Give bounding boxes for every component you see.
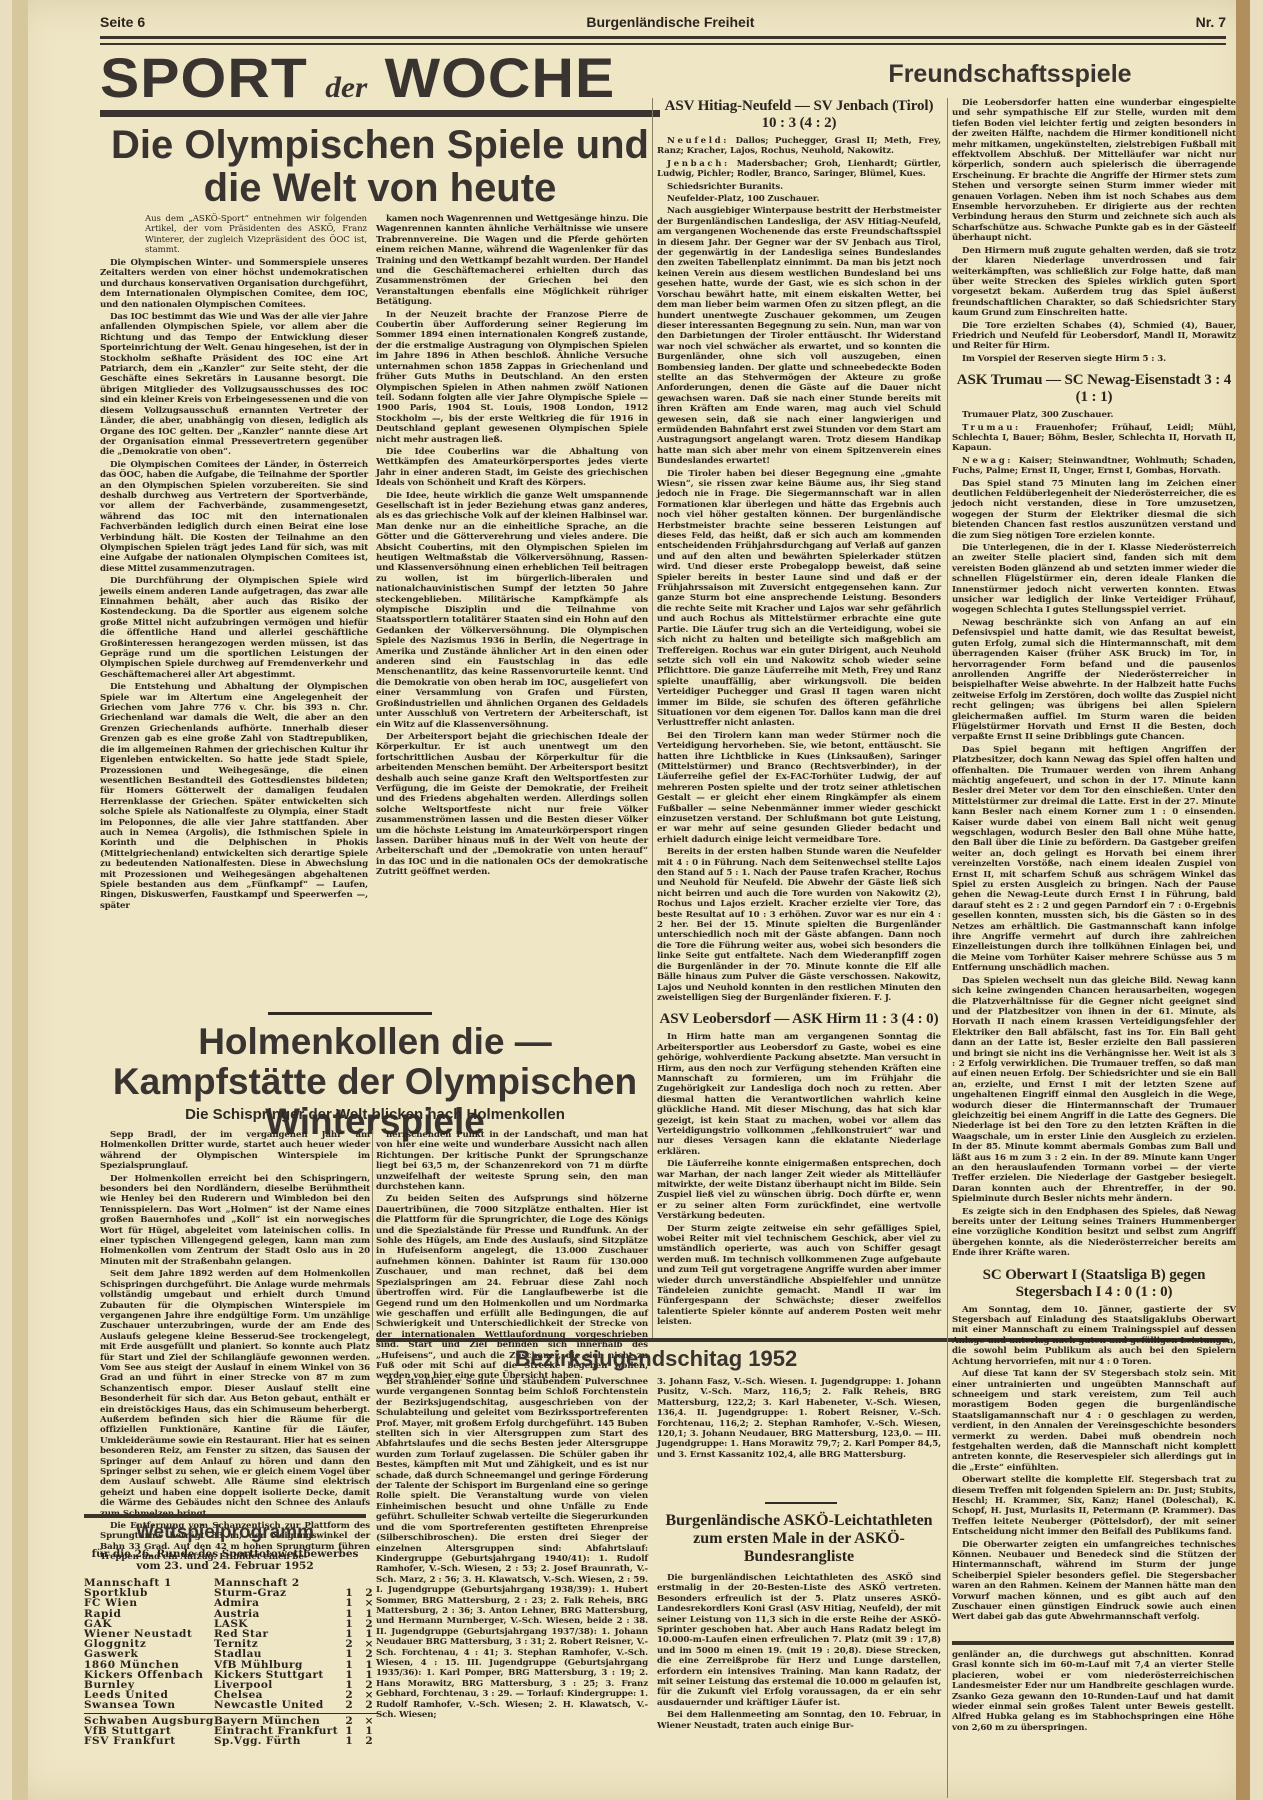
paragraph: In Hirm hatte man am vergangenen Sonntag… bbox=[657, 1032, 941, 1157]
team-name: Swansea Town bbox=[84, 1700, 214, 1710]
bezirk-title: Bezirksjugendschitag 1952 bbox=[376, 1346, 936, 1372]
paragraph: Sepp Bradl, der im vergangenen Jahr am H… bbox=[100, 1130, 370, 1172]
paragraph: Der Holmenkollen erreicht bei den Schisp… bbox=[100, 1174, 370, 1268]
toto-table: Mannschaft 1 Mannschaft 2 SportklubSturm… bbox=[84, 1578, 379, 1746]
paragraph: Die Olympischen Comitees der Länder, in … bbox=[100, 460, 368, 574]
paragraph: Im Vorspiel der Reserven siegte Hirm 5 :… bbox=[952, 354, 1236, 364]
paragraph: kamen noch Wagenrennen und Wettgesänge h… bbox=[376, 214, 648, 308]
paragraph: Das Spiel stand 75 Minuten lang im Zeich… bbox=[952, 479, 1236, 541]
page-header: Seite 6 Burgenländische Freiheit Nr. 7 bbox=[100, 14, 1226, 30]
holmenkollen-subtitle: Die Schispringer der Welt blicken nach H… bbox=[90, 1106, 660, 1123]
header-rule bbox=[100, 36, 1226, 45]
bezirk-column-2: 3. Johann Fasz, V.-Sch. Wiesen. I. Jugen… bbox=[657, 1377, 941, 1460]
paragraph: Die Entstehung und Abhaltung der Olympis… bbox=[100, 682, 368, 911]
table-divider bbox=[84, 1713, 379, 1714]
paragraph: Die burgenländischen Leichtathleten des … bbox=[657, 1573, 941, 1708]
paragraph: Die Tore erzielten Schabes (4), Schmied … bbox=[952, 321, 1236, 352]
team-label: Neufeld: bbox=[667, 136, 729, 146]
article-divider bbox=[765, 1502, 837, 1504]
column-rule bbox=[372, 1130, 373, 1330]
column-rule bbox=[947, 98, 948, 1798]
paragraph: Der Sturm zeigte zeitweise ein sehr gefä… bbox=[657, 1224, 941, 1328]
olympia-headline: Die Olympischen Spiele und die Welt von … bbox=[100, 124, 660, 210]
masthead-der: der bbox=[325, 71, 367, 104]
venue: Trumauer Platz, 300 Zuschauer. bbox=[952, 410, 1236, 420]
paragraph: Das IOC bestimmt das Wie und Was der all… bbox=[100, 312, 368, 458]
newspaper-name: Burgenländische Freiheit bbox=[586, 14, 754, 30]
paragraph: Die Tiroler haben bei dieser Begegnung e… bbox=[657, 469, 941, 729]
table-row: Swansea TownNewcastle United22 bbox=[84, 1700, 379, 1710]
olympia-column-1: Die Olympischen Winter- und Sommerspiele… bbox=[100, 258, 368, 913]
paragraph: Bereits in der ersten halben Stunde ware… bbox=[657, 847, 941, 1003]
bezirk-column-1: Bei strahlender Sonne und stäubendem Pul… bbox=[376, 1377, 648, 1720]
paragraph: Oberwart stellte die komplette Elf. Steg… bbox=[952, 1475, 1236, 1537]
paragraph: Es zeigte sich in den Endphasen des Spie… bbox=[952, 1207, 1236, 1259]
match-heading: ASK Trumau — SC Newag-Eisenstadt 3 : 4 (… bbox=[952, 372, 1236, 406]
team-name: Sp.Vgg. Fürth bbox=[214, 1736, 339, 1746]
paragraph: Newag beschränkte sich von Anfang an auf… bbox=[952, 618, 1236, 743]
holmenkollen-column-1: Sepp Bradl, der im vergangenen Jahr am H… bbox=[100, 1130, 370, 1565]
team-name: FSV Frankfurt bbox=[84, 1736, 214, 1746]
paragraph: Den Hirmern muß zugute gehalten werden, … bbox=[952, 246, 1236, 319]
paragraph: Das Spiel begann mit heftigen Angriffen … bbox=[952, 745, 1236, 974]
holmenkollen-headline: Holmenkollen die — Kampfstätte der Olymp… bbox=[90, 1022, 660, 1142]
team-name: Newcastle United bbox=[214, 1700, 339, 1710]
referee: Schiedsrichter Buranits. bbox=[657, 182, 941, 192]
section-masthead: SPORT der WOCHE bbox=[100, 48, 688, 118]
paragraph: Die Läuferreihe konnte einigermaßen ents… bbox=[657, 1159, 941, 1221]
venue: Neufelder-Platz, 100 Zuschauer. bbox=[657, 194, 941, 204]
paragraph: Die Idee, heute wirklich die ganze Welt … bbox=[376, 491, 648, 730]
paragraph: In der Neuzeit brachte der Franzose Pier… bbox=[376, 310, 648, 445]
askoe-body: Die burgenländischen Leichtathleten des … bbox=[657, 1573, 941, 1733]
tip-value: 1 bbox=[339, 1736, 359, 1746]
masthead-woche: WOCHE bbox=[385, 46, 616, 109]
olympia-column-2: kamen noch Wagenrennen und Wettgesänge h… bbox=[376, 214, 648, 880]
article-divider bbox=[268, 1012, 432, 1015]
match-heading: SC Oberwart I (Staatsliga B) gegen Stege… bbox=[952, 1267, 1236, 1301]
masthead-sport: SPORT bbox=[100, 46, 308, 109]
freundschaft-column-right: Die Leobersdorfer hatten eine wunderbar … bbox=[952, 98, 1236, 1625]
paragraph: Die Durchführung der Olympischen Spiele … bbox=[100, 576, 368, 680]
freundschaft-title: Freundschaftsspiele bbox=[800, 60, 1220, 89]
tip-value: 2 bbox=[359, 1736, 379, 1746]
wettspiel-title: Wettspielprogramm bbox=[84, 1522, 366, 1544]
paragraph: Das Spielen wechselt nun das gleiche Bil… bbox=[952, 976, 1236, 1205]
wettspiel-subtitle: für die 26. Runde des Sporttotowettbewer… bbox=[84, 1548, 366, 1572]
paragraph: Bei den Tirolern kann man weder Stürmer … bbox=[657, 731, 941, 845]
paragraph: Die Unterlegenen, die in der I. Klasse N… bbox=[952, 543, 1236, 616]
column-rule bbox=[652, 98, 653, 1338]
section-rule bbox=[952, 1641, 1234, 1645]
masthead-rule bbox=[100, 110, 660, 117]
match-heading: ASV Leobersdorf — ASK Hirm 11 : 3 (4 : 0… bbox=[657, 1011, 941, 1028]
table-row: FSV FrankfurtSp.Vgg. Fürth12 bbox=[84, 1736, 379, 1746]
paragraph: Die Idee Couberlins war die Abhaltung vo… bbox=[376, 447, 648, 489]
team-label: Trumau: bbox=[962, 423, 1021, 433]
paragraph: Am Sonntag, dem 10. Jänner, gastierte de… bbox=[952, 1305, 1236, 1367]
paragraph: Die Oberwarter zeigten ein umfangreiches… bbox=[952, 1540, 1236, 1623]
paragraph: herrschenden Punkt in der Landschaft, un… bbox=[376, 1130, 648, 1192]
askoe-headline: Burgenländische ASKÖ-Leichtathleten zum … bbox=[657, 1512, 941, 1566]
team-label: Jenbach: bbox=[667, 159, 730, 169]
olympia-intro: Aus dem „ASKÖ-Sport“ entnehmen wir folge… bbox=[145, 214, 367, 256]
paragraph: Bei dem Hallenmeeting am Sonntag, den 10… bbox=[657, 1710, 941, 1731]
team-label: Newag: bbox=[962, 456, 1013, 466]
page-binding bbox=[1236, 0, 1250, 1800]
paragraph: Der Arbeitersport bejaht die griechische… bbox=[376, 732, 648, 878]
hallenmeeting-continuation: genländer an, die durchwegs gut abschnit… bbox=[952, 1650, 1234, 1733]
paragraph: Auf diese Tat kann der SV Stegersbach st… bbox=[952, 1369, 1236, 1473]
page-number: Seite 6 bbox=[100, 14, 145, 30]
page-edge bbox=[12, 0, 28, 1800]
paragraph: Seit dem Jahre 1892 werden auf dem Holme… bbox=[100, 1269, 370, 1519]
match-neufeld-jenbach: ASV Hitiag-Neufeld — SV Jenbach (Tirol) … bbox=[657, 98, 941, 1330]
tip-value: 2 bbox=[339, 1700, 359, 1710]
issue-number: Nr. 7 bbox=[1196, 14, 1226, 30]
section-rule bbox=[84, 1514, 366, 1518]
paragraph: Die Olympischen Winter- und Sommerspiele… bbox=[100, 258, 368, 310]
paragraph: Nach ausgiebiger Winterpause bestritt de… bbox=[657, 206, 941, 466]
match-heading: ASV Hitiag-Neufeld — SV Jenbach (Tirol) … bbox=[657, 98, 941, 132]
paragraph: Die Leobersdorfer hatten eine wunderbar … bbox=[952, 98, 1236, 244]
